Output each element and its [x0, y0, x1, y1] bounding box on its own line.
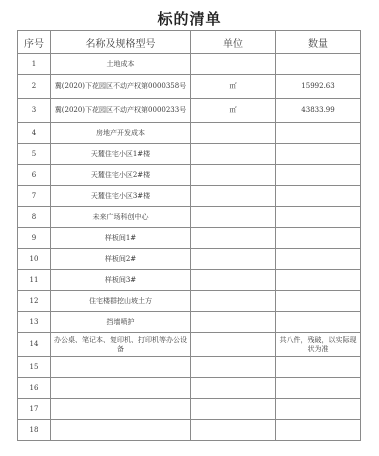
cell-unit — [191, 144, 276, 165]
cell-quantity — [276, 420, 361, 441]
cell-name: 样板间2# — [51, 249, 191, 270]
cell-unit — [191, 270, 276, 291]
table-row: 10样板间2# — [18, 249, 361, 270]
cell-index: 2 — [18, 75, 51, 99]
cell-index: 15 — [18, 357, 51, 378]
cell-name: 未来广场科创中心 — [51, 207, 191, 228]
cell-index: 7 — [18, 186, 51, 207]
cell-unit — [191, 333, 276, 357]
cell-quantity — [276, 144, 361, 165]
cell-quantity — [276, 378, 361, 399]
cell-name: 土地成本 — [51, 54, 191, 75]
cell-index: 4 — [18, 123, 51, 144]
table-row: 12住宅楼群挖山坡土方 — [18, 291, 361, 312]
table-row: 7天麓住宅小区3#楼 — [18, 186, 361, 207]
cell-quantity — [276, 291, 361, 312]
cell-name: 天麓住宅小区1#楼 — [51, 144, 191, 165]
cell-quantity — [276, 207, 361, 228]
cell-index: 8 — [18, 207, 51, 228]
cell-name — [51, 378, 191, 399]
cell-unit: ㎡ — [191, 99, 276, 123]
table-row: 3冀(2020)下花园区不动产权第0000233号㎡43833.99 — [18, 99, 361, 123]
cell-quantity — [276, 186, 361, 207]
cell-unit: ㎡ — [191, 75, 276, 99]
cell-unit — [191, 291, 276, 312]
cell-quantity — [276, 270, 361, 291]
table-row: 8未来广场科创中心 — [18, 207, 361, 228]
cell-unit — [191, 207, 276, 228]
item-list-table: 序号 名称及规格型号 单位 数量 1土地成本2冀(2020)下花园区不动产权第0… — [17, 30, 361, 441]
table-row: 2冀(2020)下花园区不动产权第0000358号㎡15992.63 — [18, 75, 361, 99]
cell-name — [51, 399, 191, 420]
cell-unit — [191, 228, 276, 249]
cell-name: 样板间3# — [51, 270, 191, 291]
table-row: 14办公桌、笔记本、复印机、打印机等办公设备共八件，残破，以实际现状为准 — [18, 333, 361, 357]
table-row: 17 — [18, 399, 361, 420]
header-quantity: 数量 — [276, 31, 361, 54]
table-row: 5天麓住宅小区1#楼 — [18, 144, 361, 165]
cell-index: 17 — [18, 399, 51, 420]
table-row: 13挡墙喷护 — [18, 312, 361, 333]
cell-name: 冀(2020)下花园区不动产权第0000358号 — [51, 75, 191, 99]
cell-name: 办公桌、笔记本、复印机、打印机等办公设备 — [51, 333, 191, 357]
cell-name: 冀(2020)下花园区不动产权第0000233号 — [51, 99, 191, 123]
table-row: 11样板间3# — [18, 270, 361, 291]
cell-name: 天麓住宅小区3#楼 — [51, 186, 191, 207]
table-row: 1土地成本 — [18, 54, 361, 75]
cell-unit — [191, 186, 276, 207]
cell-unit — [191, 357, 276, 378]
cell-unit — [191, 420, 276, 441]
cell-unit — [191, 123, 276, 144]
cell-name: 样板间1# — [51, 228, 191, 249]
cell-quantity: 43833.99 — [276, 99, 361, 123]
cell-unit — [191, 165, 276, 186]
cell-index: 10 — [18, 249, 51, 270]
page-title: 标的清单 — [0, 8, 379, 29]
table-row: 9样板间1# — [18, 228, 361, 249]
header-index: 序号 — [18, 31, 51, 54]
cell-index: 9 — [18, 228, 51, 249]
cell-name: 挡墙喷护 — [51, 312, 191, 333]
cell-quantity — [276, 399, 361, 420]
cell-unit — [191, 249, 276, 270]
cell-name: 房地产开发成本 — [51, 123, 191, 144]
cell-index: 13 — [18, 312, 51, 333]
table-row: 18 — [18, 420, 361, 441]
cell-index: 11 — [18, 270, 51, 291]
cell-index: 18 — [18, 420, 51, 441]
cell-index: 6 — [18, 165, 51, 186]
cell-unit — [191, 378, 276, 399]
cell-index: 14 — [18, 333, 51, 357]
cell-index: 12 — [18, 291, 51, 312]
cell-name — [51, 420, 191, 441]
table-row: 6天麓住宅小区2#楼 — [18, 165, 361, 186]
cell-unit — [191, 54, 276, 75]
cell-quantity — [276, 123, 361, 144]
cell-quantity — [276, 249, 361, 270]
table-row: 15 — [18, 357, 361, 378]
table-row: 4房地产开发成本 — [18, 123, 361, 144]
cell-name — [51, 357, 191, 378]
table-row: 16 — [18, 378, 361, 399]
cell-index: 1 — [18, 54, 51, 75]
cell-name: 住宅楼群挖山坡土方 — [51, 291, 191, 312]
cell-quantity — [276, 165, 361, 186]
cell-quantity — [276, 54, 361, 75]
cell-index: 3 — [18, 99, 51, 123]
cell-name: 天麓住宅小区2#楼 — [51, 165, 191, 186]
cell-index: 16 — [18, 378, 51, 399]
cell-quantity: 共八件，残破，以实际现状为准 — [276, 333, 361, 357]
cell-quantity — [276, 228, 361, 249]
header-unit: 单位 — [191, 31, 276, 54]
cell-quantity: 15992.63 — [276, 75, 361, 99]
cell-unit — [191, 312, 276, 333]
cell-unit — [191, 399, 276, 420]
table-header-row: 序号 名称及规格型号 单位 数量 — [18, 31, 361, 54]
cell-index: 5 — [18, 144, 51, 165]
header-name: 名称及规格型号 — [51, 31, 191, 54]
cell-quantity — [276, 357, 361, 378]
cell-quantity — [276, 312, 361, 333]
